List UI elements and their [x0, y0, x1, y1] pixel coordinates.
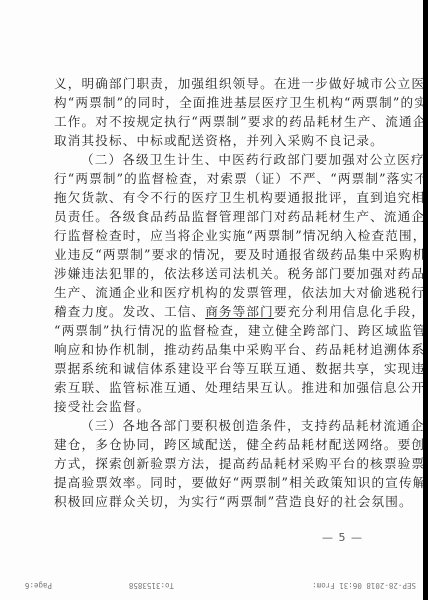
text-line: 行监督检查时，应当将企业实施“两票制”情况纳入检查范围，对企	[54, 226, 370, 245]
text-line: （二）各级卫生计生、中医药行政部门要加强对公立医疗机构执	[54, 150, 370, 169]
text-line: 义，明确部门职责，加强组织领导。在进一步做好城市公立医疗机	[54, 74, 370, 93]
underlined-phrase: 商务等部门	[205, 304, 274, 319]
text-line: （三）各地各部门要积极创造条件，支持药品耗材流通企业异地	[54, 416, 370, 435]
scan-edge-strip	[423, 0, 428, 600]
text-line: 业违反“两票制”要求的情况，要及时通报省级药品集中采购机构，	[54, 245, 370, 264]
scanned-document-page: 义，明确部门职责，加强组织领导。在进一步做好城市公立医疗机 构“两票制”的同时，…	[0, 0, 424, 600]
text-line: 员责任。各级食品药品监督管理部门对药品耗材生产、流通企业进	[54, 207, 370, 226]
fax-page-count: Page:6	[25, 581, 52, 590]
text-line: 涉嫌违法犯罪的，依法移送司法机关。税务部门要加强对药品耗材	[54, 264, 370, 283]
text-line: 接受社会监督。	[54, 397, 370, 416]
paragraph-section-2: （二）各级卫生计生、中医药行政部门要加强对公立医疗机构执 行“两票制”的监督检查…	[54, 150, 370, 416]
text-line: 行“两票制”的监督检查，对索票（证）不严、“两票制”落实不到位、	[54, 169, 370, 188]
text-line: 积极回应群众关切，为实行“两票制”营造良好的社会氛围。	[54, 492, 370, 511]
text-line: 生产、流通企业和医疗机构的发票管理，依法加大对偷逃税行为的	[54, 283, 370, 302]
text-line: 提高验票效率。同时，要做好“两票制”相关政策知识的宣传解释，	[54, 473, 370, 492]
text-line: 建仓，多仓协同，跨区域配送，健全药品耗材配送网络。要创新监管	[54, 435, 370, 454]
text-line: 方式，探索创新验票方法，提高药品耗材采购平台的核票验票能力，	[54, 454, 370, 473]
document-body: 义，明确部门职责，加强组织领导。在进一步做好城市公立医疗机 构“两票制”的同时，…	[54, 74, 370, 511]
paragraph-section-3: （三）各地各部门要积极创造条件，支持药品耗材流通企业异地 建仓，多仓协同，跨区域…	[54, 416, 370, 511]
text-segment: 稽查力度。发改、工信、	[54, 304, 205, 319]
text-segment: 要充分利用信息化手段，加强	[274, 304, 428, 319]
text-line: 索互联、监管标准互通、处理结果互认。推进和加强信息公开，广泛	[54, 378, 370, 397]
text-line: 响应和协作机制，推动药品集中采购平台、药品耗材追溯体系、税务	[54, 340, 370, 359]
text-line: 构“两票制”的同时，全面推进基层医疗卫生机构“两票制”的实施	[54, 93, 370, 112]
text-line: 票据系统和诚信体系建设平台等互联互通、数据共享，实现违法线	[54, 359, 370, 378]
text-line: 拖欠货款、有令不行的医疗卫生机构要通报批评，直到追究相关人	[54, 188, 370, 207]
text-line-with-underline: 稽查力度。发改、工信、商务等部门要充分利用信息化手段，加强	[54, 302, 370, 321]
paragraph-intro-continuation: 义，明确部门职责，加强组织领导。在进一步做好城市公立医疗机 构“两票制”的同时，…	[54, 74, 370, 150]
text-line: 取消其投标、中标或配送资格，并列入采购不良记录。	[54, 131, 370, 150]
fax-transmission-footer: SEP-28-2018 06:31 From: To:3153858 Page:…	[0, 578, 424, 592]
page-number: — 5 —	[322, 531, 363, 544]
text-line: 工作。对不按规定执行“两票制”要求的药品耗材生产、流通企业，	[54, 112, 370, 131]
text-line: “两票制”执行情况的监督检查，建立健全跨部门、跨区域监管联动	[54, 321, 370, 340]
fax-recipient: To:3153858	[129, 581, 174, 590]
fax-date-from: SEP-28-2018 06:31 From:	[312, 581, 416, 590]
